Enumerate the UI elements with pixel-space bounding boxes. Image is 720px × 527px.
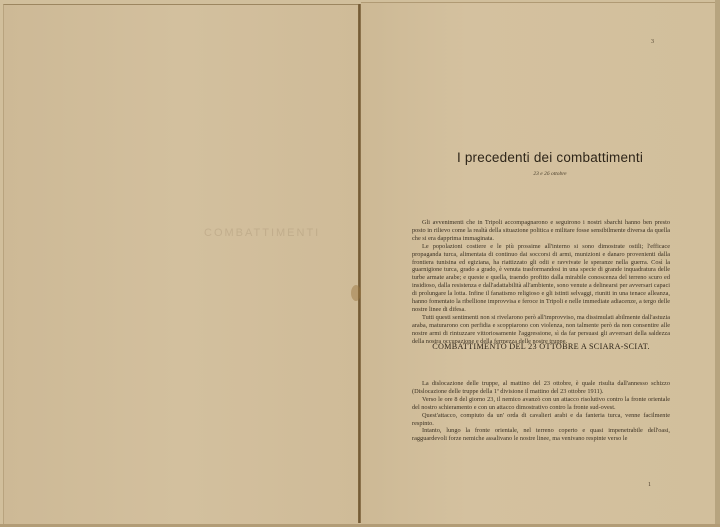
page-number-top: 3 — [651, 39, 654, 45]
paragraph: Verso le ore 8 del giorno 23, il nemico … — [412, 396, 670, 412]
paragraph: La dislocazione delle truppe, al mattino… — [412, 380, 670, 396]
page-number-bottom: 1 — [648, 482, 651, 488]
paper-stain — [351, 285, 361, 301]
paragraph: Intanto, lungo la fronte orientale, nel … — [412, 427, 670, 443]
paragraph: Tutti questi sentimenti non si rivelaron… — [412, 314, 670, 346]
section-heading: COMBATTIMENTO DEL 23 OTTOBRE A SCIARA-SC… — [412, 342, 670, 351]
bleed-through-text: COMBATTIMENTI — [204, 227, 320, 239]
intro-text-block: Gli avvenimenti che in Tripoli accompagn… — [412, 219, 670, 346]
chapter-subtitle: 23 e 26 ottobre — [440, 171, 660, 177]
paragraph: Le popolazioni costiere e le più prossim… — [412, 243, 670, 314]
section-text-block: La dislocazione delle truppe, al mattino… — [412, 380, 670, 443]
paragraph: Quest'attacco, compiuto da un' orda di c… — [412, 412, 670, 428]
page-edge — [715, 0, 720, 527]
paragraph: Gli avvenimenti che in Tripoli accompagn… — [412, 219, 670, 243]
left-page: COMBATTIMENTI — [3, 4, 360, 524]
chapter-title: I precedenti dei combattimenti — [440, 150, 660, 165]
book-spread: COMBATTIMENTI 3 I precedenti dei combatt… — [0, 0, 720, 527]
